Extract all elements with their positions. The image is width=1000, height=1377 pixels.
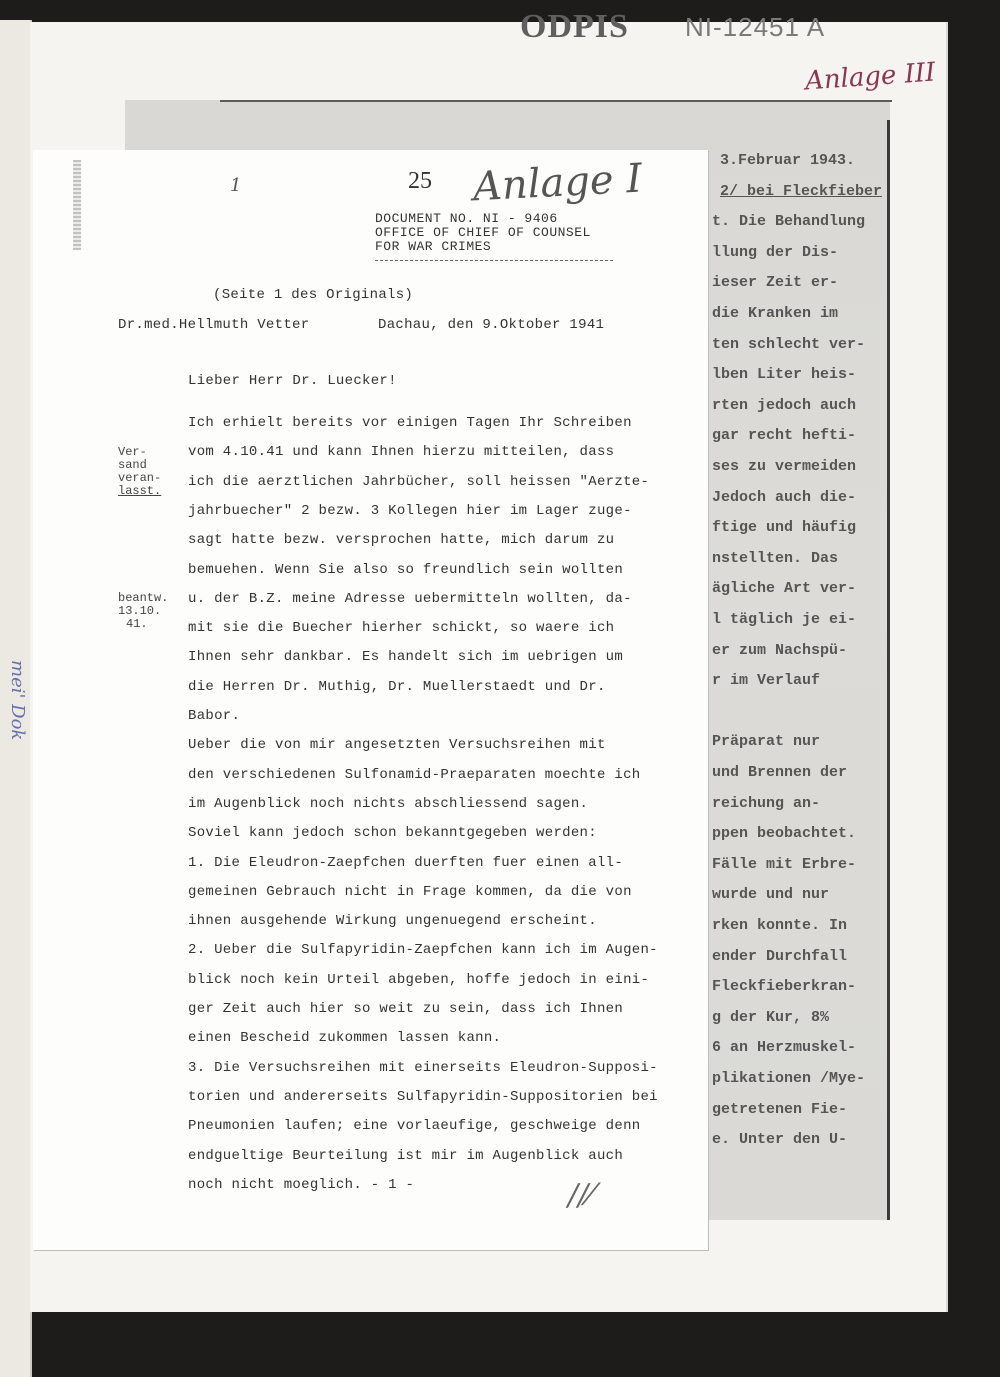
body-line: 2. Ueber die Sulfapyridin-Zaepfchen kann… [188, 942, 658, 958]
handwritten-anlage-iii: Anlage III [804, 57, 936, 96]
back-text-line: getretenen Fie- [712, 1101, 847, 1118]
back-text-line: l täglich je ei- [712, 611, 856, 628]
body-line: ihnen ausgehende Wirkung ungenuegend ers… [188, 913, 597, 929]
signature-mark: ∕∕⁄ [568, 1178, 593, 1213]
back-text-line: llung der Dis- [712, 244, 838, 261]
body-line: bemuehen. Wenn Sie also so freundlich se… [188, 562, 623, 578]
body-line: 1. Die Eleudron-Zaepfchen duerften fuer … [188, 855, 623, 871]
war-crimes-line: FOR WAR CRIMES [375, 240, 613, 254]
body-line: jahrbuecher" 2 bezw. 3 Kollegen hier im … [188, 503, 632, 519]
page-number: 25 [408, 168, 432, 195]
back-text-line: die Kranken im [712, 305, 838, 322]
document-edge [887, 120, 890, 1220]
document-header: DOCUMENT NO. NI - 9406 OFFICE OF CHIEF O… [375, 212, 613, 261]
back-text-line: gar recht hefti- [712, 427, 856, 444]
back-text-line: rten jedoch auch [712, 397, 856, 414]
back-text-line: ppen beobachtet. [712, 825, 856, 842]
handwritten-page-mark: 1 [230, 175, 241, 196]
header-rule [375, 260, 613, 261]
back-text-line: plikationen /Mye- [712, 1070, 865, 1087]
back-text-line: wurde und nur [712, 886, 829, 903]
body-line: blick noch kein Urteil abgeben, hoffe je… [188, 972, 649, 988]
pencil-side-note: mei' Dok [7, 660, 28, 740]
back-text-line: ten schlecht ver- [712, 336, 865, 353]
body-line: 3. Die Versuchsreihen mit einerseits Ele… [188, 1060, 658, 1076]
body-line: einen Bescheid zukommen lassen kann. [188, 1030, 501, 1046]
back-text-line: ses zu vermeiden [712, 458, 856, 475]
back-text-line: ftige und häufig [712, 519, 856, 536]
back-text-line: Fälle mit Erbre- [712, 856, 856, 873]
body-line: die Herren Dr. Muthig, Dr. Muellerstaedt… [188, 679, 606, 695]
back-text-line: Jedoch auch die- [712, 489, 856, 506]
back-text-line: 2/ bei Fleckfieber [720, 183, 882, 200]
back-text-line: g der Kur, 8% [712, 1009, 829, 1026]
handwritten-anlage-i: Anlage I [472, 156, 643, 211]
back-text-line: nstellten. Das [712, 550, 838, 567]
salutation: Lieber Herr Dr. Luecker! [188, 373, 397, 389]
punch-mark-strip [73, 160, 81, 250]
back-text-line: t. Die Behandlung [712, 213, 865, 230]
body-line: ich die aerztlichen Jahrbücher, soll hei… [188, 474, 649, 490]
back-text-line: e. Unter den U- [712, 1131, 847, 1148]
body-line: mit sie die Buecher hierher schickt, so … [188, 620, 614, 636]
body-line: den verschiedenen Sulfonamid-Praeparaten… [188, 767, 640, 783]
back-text-line: ägliche Art ver- [712, 580, 856, 597]
back-text-line: lben Liter heis- [712, 366, 856, 383]
body-line: noch nicht moeglich. - 1 - [188, 1177, 414, 1193]
back-text-line: ender Durchfall [712, 948, 847, 965]
margin-text: 41. [118, 618, 168, 631]
back-text-line: und Brennen der [712, 764, 847, 781]
back-text-line: Präparat nur [712, 733, 820, 750]
back-text-line: r im Verlauf [712, 672, 820, 689]
back-text-line: 3.Februar 1943. [720, 152, 855, 169]
body-line: u. der B.Z. meine Adresse uebermitteln w… [188, 591, 632, 607]
back-text-line: reichung an- [712, 795, 820, 812]
body-line: Ich erhielt bereits vor einigen Tagen Ih… [188, 415, 632, 431]
body-line: Pneumonien laufen; eine vorlaeufige, ges… [188, 1118, 640, 1134]
odpis-number: NI-12451 A [685, 12, 825, 43]
page-of-original: (Seite 1 des Originals) [213, 287, 413, 303]
office-line: OFFICE OF CHIEF OF COUNSEL [375, 226, 613, 240]
back-text-line: 6 an Herzmuskel- [712, 1039, 856, 1056]
body-line: Babor. [188, 708, 240, 724]
body-line: torien und andererseits Sulfapyridin-Sup… [188, 1089, 658, 1105]
margin-note-versand: Ver- sand veran- lasst. [118, 446, 161, 498]
back-text-line: Fleckfieberkran- [712, 978, 856, 995]
body-line: vom 4.10.41 und kann Ihnen hierzu mittei… [188, 444, 614, 460]
odpis-stamp: ODPIS [520, 8, 629, 46]
place-date: Dachau, den 9.Oktober 1941 [378, 317, 604, 333]
body-line: Ihnen sehr dankbar. Es handelt sich im u… [188, 649, 623, 665]
document-number: DOCUMENT NO. NI - 9406 [375, 212, 613, 226]
margin-note-beantw: beantw. 13.10. 41. [118, 592, 168, 631]
sender: Dr.med.Hellmuth Vetter [118, 317, 309, 333]
back-text-line: er zum Nachspü- [712, 642, 847, 659]
body-line: im Augenblick noch nichts abschliessend … [188, 796, 588, 812]
front-document-letter: 1 25 Anlage I DOCUMENT NO. NI - 9406 OFF… [33, 150, 708, 1250]
body-line: sagt hatte bezw. versprochen hatte, mich… [188, 532, 614, 548]
body-line: ger Zeit auch hier so weit zu sein, dass… [188, 1001, 623, 1017]
back-text-line: rken konnte. In [712, 917, 847, 934]
margin-text: lasst. [118, 485, 161, 498]
body-line: Soviel kann jedoch schon bekanntgegeben … [188, 825, 597, 841]
divider [220, 100, 892, 102]
back-text-line: ieser Zeit er- [712, 274, 838, 291]
body-line: gemeinen Gebrauch nicht in Frage kommen,… [188, 884, 632, 900]
body-line: Ueber die von mir angesetzten Versuchsre… [188, 737, 606, 753]
body-line: endgueltige Beurteilung ist mir im Augen… [188, 1148, 623, 1164]
